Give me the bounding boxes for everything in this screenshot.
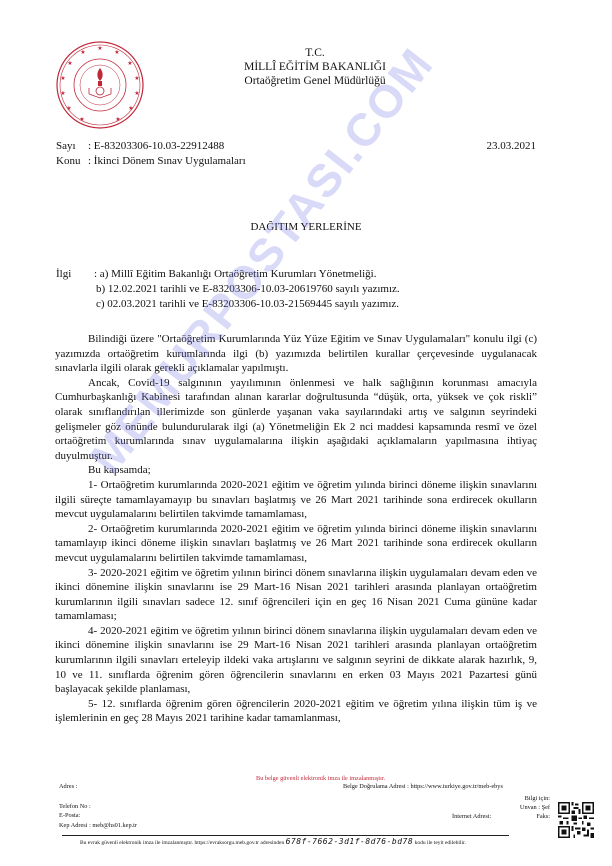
body-item-2: 2- Ortaöğretim kurumlarında 2020-2021 eğ… <box>55 522 537 566</box>
reference-c: c) 02.03.2021 tarihli ve E-83203306-10.0… <box>96 297 399 312</box>
bottom-notice: Bu evrak güvenli elektronik imza ile imz… <box>80 837 466 846</box>
body-paragraph: Bilindiği üzere "Ortaöğretim Kurumlarınd… <box>55 332 537 376</box>
document-number-line: Sayı: E-83203306-10.03-22912488 <box>56 140 224 153</box>
subject-label: Konu <box>56 155 88 168</box>
svg-text:★: ★ <box>60 90 65 97</box>
svg-text:★: ★ <box>127 60 132 67</box>
body-item-1: 1- Ortaöğretim kurumlarında 2020-2021 eğ… <box>55 478 537 522</box>
document-page: ★ ★ ★ ★ ★ ★ ★ ★ ★ ★ ★ ★ ★ T.C. MİLLÎ EĞİ… <box>0 0 612 866</box>
letter-body: Bilindiği üzere "Ortaöğretim Kurumlarınd… <box>55 332 537 726</box>
title-label: Unvan : Şef <box>520 804 550 811</box>
body-item-5: 5- 12. sınıflarda öğrenim gören öğrencil… <box>55 697 537 726</box>
svg-text:★: ★ <box>128 105 133 112</box>
address-label: Adres : <box>59 783 77 790</box>
info-label: Bilgi için: <box>525 795 550 802</box>
letterhead-ministry: MİLLÎ EĞİTİM BAKANLIĞI <box>200 60 430 74</box>
subject-line: Konu: İkinci Dönem Sınav Uygulamaları <box>56 155 246 168</box>
footer-divider <box>62 835 509 836</box>
email-label: E-Posta: <box>59 812 80 819</box>
svg-text:★: ★ <box>115 116 120 123</box>
verify-address[interactable]: Belge Doğrulama Adresi : https://www.tur… <box>343 783 503 790</box>
svg-text:★: ★ <box>66 105 71 112</box>
letterhead: T.C. MİLLÎ EĞİTİM BAKANLIĞI Ortaöğretim … <box>200 46 430 88</box>
svg-text:★: ★ <box>79 116 84 123</box>
bottom-notice-text: Bu evrak güvenli elektronik imza ile imz… <box>80 840 284 846</box>
svg-text:★: ★ <box>80 49 85 56</box>
svg-text:★: ★ <box>134 90 139 97</box>
esign-notice: Bu belge güvenli elektronik imza ile imz… <box>256 775 385 782</box>
body-paragraph: Bu kapsamda; <box>55 463 537 478</box>
letterhead-directorate: Ortaöğretim Genel Müdürlüğü <box>200 74 430 88</box>
fax-label: Faks: <box>536 813 550 820</box>
document-code: 678f-7662-3d1f-8d76-bd78 <box>286 837 414 846</box>
svg-text:★: ★ <box>114 49 119 56</box>
distribution-heading: DAĞITIM YERLERİNE <box>0 221 612 233</box>
bottom-notice-suffix: kodu ile teyit edilebilir. <box>415 840 466 846</box>
reference-b: b) 12.02.2021 tarihli ve E-83203306-10.0… <box>96 282 400 297</box>
document-number-label: Sayı <box>56 140 88 153</box>
body-item-4: 4- 2020-2021 eğitim ve öğretim yılının b… <box>55 624 537 697</box>
body-item-3: 3- 2020-2021 eğitim ve öğretim yılının b… <box>55 566 537 624</box>
subject-value: : İkinci Dönem Sınav Uygulamaları <box>88 155 246 167</box>
qr-code-icon[interactable] <box>558 802 594 838</box>
phone-label: Telefon No : <box>59 803 91 810</box>
reference-a: : a) Millî Eğitim Bakanlığı Ortaöğretim … <box>94 267 376 282</box>
letterhead-republic: T.C. <box>200 46 430 60</box>
svg-text:★: ★ <box>60 75 65 82</box>
body-paragraph: Ancak, Covid-19 salgınının yayılımının ö… <box>55 376 537 464</box>
kep-address: Kep Adresi : meb@hs01.kep.tr <box>59 822 137 829</box>
svg-text:★: ★ <box>134 75 139 82</box>
document-number-value: : E-83203306-10.03-22912488 <box>88 140 224 152</box>
references-label: İlgi <box>56 267 71 282</box>
document-date: 23.03.2021 <box>487 140 537 152</box>
internet-label: İnternet Adresi: <box>452 813 491 820</box>
ministry-seal-icon: ★ ★ ★ ★ ★ ★ ★ ★ ★ ★ ★ ★ ★ <box>55 40 145 130</box>
svg-text:★: ★ <box>67 60 72 67</box>
svg-text:★: ★ <box>97 45 102 52</box>
